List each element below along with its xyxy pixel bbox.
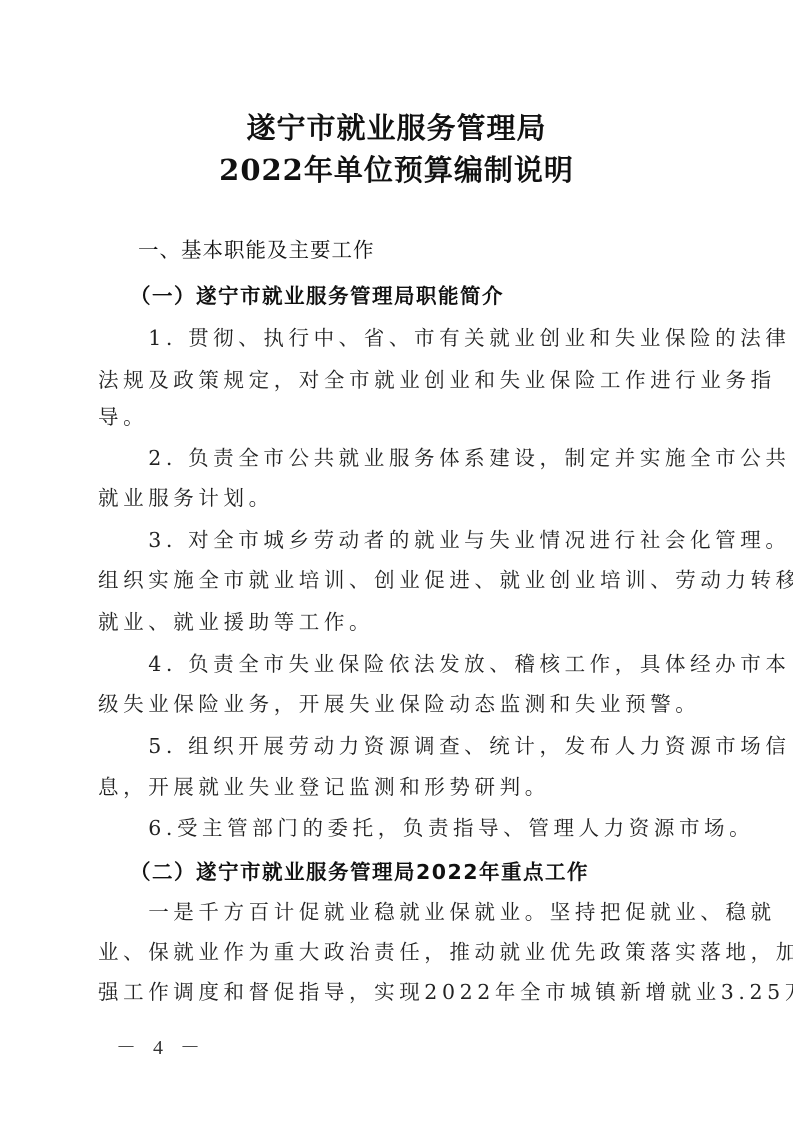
paragraph-line: 5. 组织开展劳动力资源调查、统计，发布人力资源市场信 bbox=[98, 732, 698, 760]
paragraph-line: 强工作调度和督促指导，实现2022年全市城镇新增就业3.25万 bbox=[98, 978, 698, 1006]
paragraph-line: 导。 bbox=[98, 403, 698, 431]
subsection-heading-2: （二）遂宁市就业服务管理局2022年重点工作 bbox=[130, 858, 730, 886]
section-heading: 一、基本职能及主要工作 bbox=[138, 236, 738, 264]
paragraph-line: 4. 负责全市失业保险依法发放、稽核工作，具体经办市本 bbox=[98, 650, 698, 678]
paragraph-line: 3. 对全市城乡劳动者的就业与失业情况进行社会化管理。 bbox=[98, 526, 698, 554]
page-number: － 4 － bbox=[116, 1031, 206, 1060]
subsection-heading-1: （一）遂宁市就业服务管理局职能简介 bbox=[130, 282, 730, 310]
document-title-line1: 遂宁市就业服务管理局 bbox=[0, 108, 793, 148]
paragraph-line: 级失业保险业务，开展失业保险动态监测和失业预警。 bbox=[98, 690, 698, 718]
paragraph-line: 组织实施全市就业培训、创业促进、就业创业培训、劳动力转移 bbox=[98, 566, 698, 594]
paragraph-line: 就业服务计划。 bbox=[98, 484, 698, 512]
paragraph-line: 6.受主管部门的委托，负责指导、管理人力资源市场。 bbox=[98, 814, 698, 842]
paragraph-line: 业、保就业作为重大政治责任，推动就业优先政策落实落地，加 bbox=[98, 938, 698, 966]
paragraph-line: 息，开展就业失业登记监测和形势研判。 bbox=[98, 773, 698, 801]
paragraph-line: 就业、就业援助等工作。 bbox=[98, 608, 698, 636]
paragraph-line: 1. 贯彻、执行中、省、市有关就业创业和失业保险的法律 bbox=[98, 324, 698, 352]
paragraph-line: 法规及政策规定，对全市就业创业和失业保险工作进行业务指 bbox=[98, 366, 698, 394]
paragraph-line: 一是千方百计促就业稳就业保就业。坚持把促就业、稳就 bbox=[98, 898, 698, 926]
document-title-line2: 2022年单位预算编制说明 bbox=[0, 150, 793, 190]
paragraph-line: 2. 负责全市公共就业服务体系建设，制定并实施全市公共 bbox=[98, 444, 698, 472]
